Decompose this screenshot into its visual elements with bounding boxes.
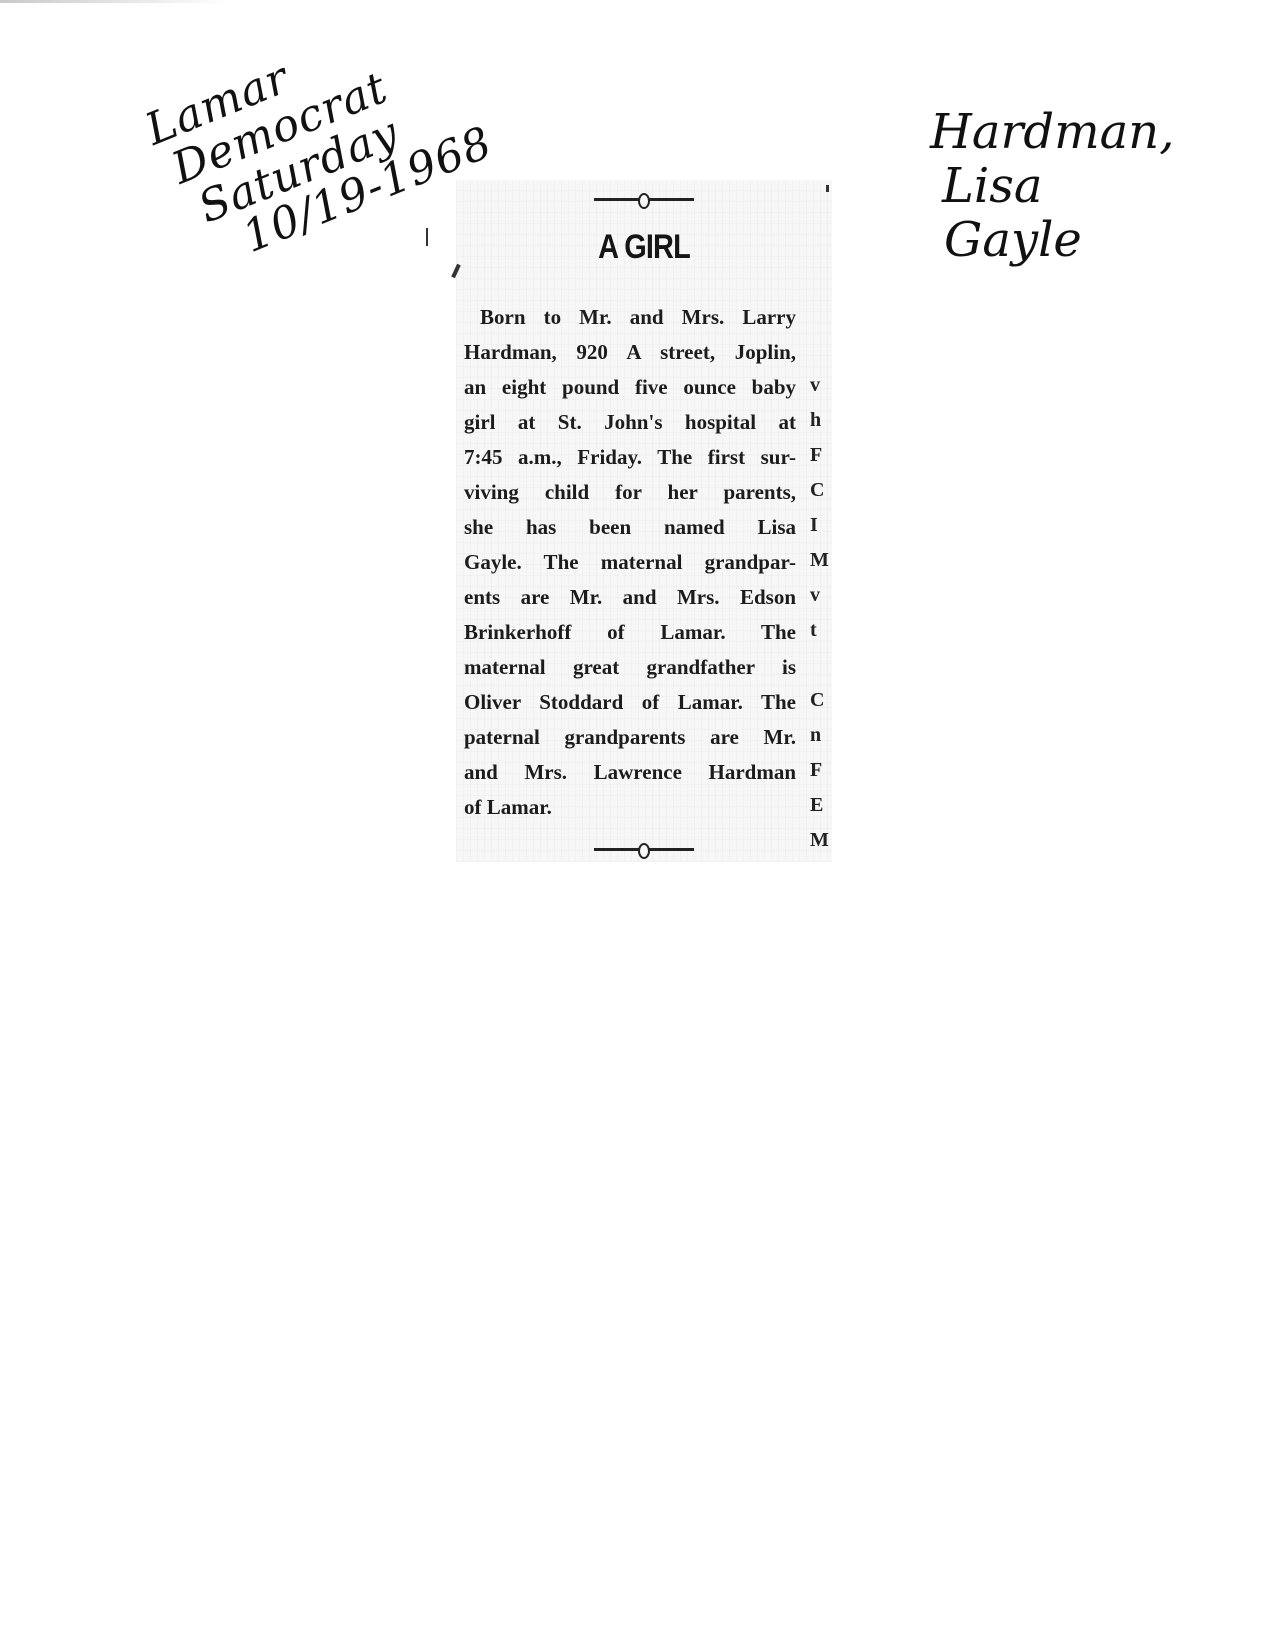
announcement-line: maternal great grandfather is [464,650,796,685]
announcement-line: an eight pound five ounce baby [464,370,796,405]
ornament-divider-top [594,198,694,201]
newspaper-clipping: A GIRL Born to Mr. and Mrs. LarryHardman… [456,180,832,862]
adjacent-column-letter: n [810,724,821,747]
adjacent-column-letter: E [810,794,823,817]
ornament-divider-bottom [594,848,694,851]
announcement-line: paternal grandparents are Mr. [464,720,796,755]
adjacent-column-letter: I [810,514,818,537]
clipping-headline: A GIRL [484,228,804,267]
adjacent-column-letter: F [810,444,822,467]
announcement-line: she has been named Lisa [464,510,796,545]
handwritten-subject-name: Hardman, Lisa Gayle [930,108,1174,264]
announcement-line: Oliver Stoddard of Lamar. The [464,685,796,720]
announcement-line: Gayle. The maternal grandpar- [464,545,796,580]
adjacent-column-letter: F [810,759,822,782]
scan-edge-artifact [0,0,230,3]
announcement-line: girl at St. John's hospital at [464,405,796,440]
announcement-line: 7:45 a.m., Friday. The first sur- [464,440,796,475]
announcement-line: Hardman, 920 A street, Joplin, [464,335,796,370]
birth-announcement-text: Born to Mr. and Mrs. LarryHardman, 920 A… [464,300,796,825]
adjacent-column-letter: C [810,689,824,712]
adjacent-column-letter: M [810,549,829,572]
announcement-line: of Lamar. [464,790,796,825]
adjacent-column-letter: v [810,374,820,397]
adjacent-column-letter: h [810,409,821,432]
announcement-line: and Mrs. Lawrence Hardman [464,755,796,790]
announcement-line: Brinkerhoff of Lamar. The [464,615,796,650]
adjacent-column-letter: M [810,829,829,852]
adjacent-column-letter: C [810,479,824,502]
subject-first-name: Lisa [942,162,1174,210]
scan-mark [426,228,428,246]
handwritten-source-note: Lamar Democrat Saturday 10/19-1968 [140,0,498,279]
adjacent-column-letter: v [810,584,820,607]
subject-surname: Hardman, [930,108,1174,156]
scan-mark [826,185,829,192]
adjacent-column-letter: t [810,619,817,642]
subject-middle-name: Gayle [944,216,1174,264]
announcement-line: viving child for her parents, [464,475,796,510]
scan-mark [451,264,461,278]
announcement-line: ents are Mr. and Mrs. Edson [464,580,796,615]
announcement-line: Born to Mr. and Mrs. Larry [464,300,796,335]
